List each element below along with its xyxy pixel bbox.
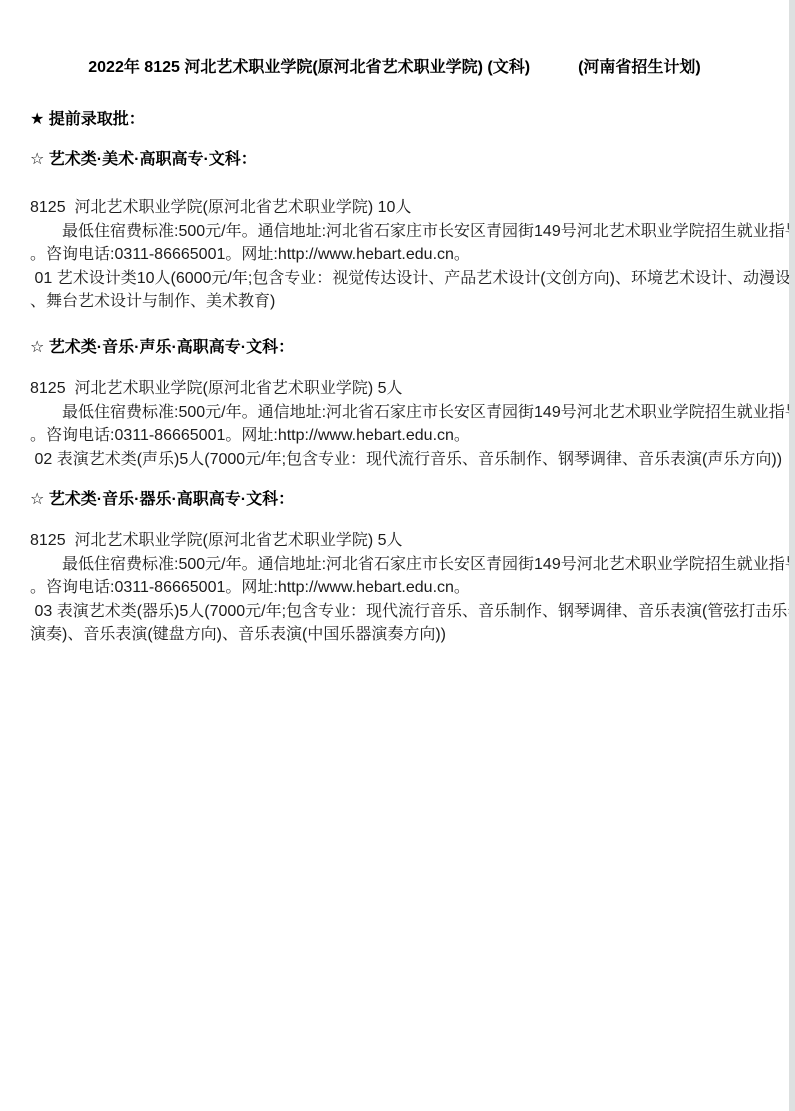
major-line: 03 表演艺术类(器乐)5人(7000元/年;包含专业：现代流行音乐、音乐制作、… bbox=[30, 600, 790, 624]
dorm-address-line: 最低住宿费标准:500元/年。通信地址:河北省石家庄市长安区青园街149号河北艺… bbox=[30, 553, 790, 577]
section-body-music-vocal: 8125 河北艺术职业学院(原河北省艺术职业学院) 5人 最低住宿费标准:500… bbox=[30, 377, 790, 471]
batch-heading: ★ 提前录取批： bbox=[30, 108, 145, 132]
major-line-cont: 、舞台艺术设计与制作、美术教育) bbox=[30, 290, 790, 314]
school-line: 8125 河北艺术职业学院(原河北省艺术职业学院) 10人 bbox=[30, 196, 790, 220]
phone-website-line: 。咨询电话:0311-86665001。网址:http://www.hebart… bbox=[30, 424, 790, 448]
major-line: 01 艺术设计类10人(6000元/年;包含专业：视觉传达设计、产品艺术设计(文… bbox=[30, 267, 790, 291]
school-line: 8125 河北艺术职业学院(原河北省艺术职业学院) 5人 bbox=[30, 377, 790, 401]
section-heading-music-vocal: ☆ 艺术类·音乐·声乐·高职高专·文科： bbox=[30, 336, 294, 360]
phone-website-line: 。咨询电话:0311-86665001。网址:http://www.hebart… bbox=[30, 243, 790, 267]
document-page: 2022年 8125 河北艺术职业学院(原河北省艺术职业学院) (文科) (河南… bbox=[0, 0, 795, 1111]
dorm-address-line: 最低住宿费标准:500元/年。通信地址:河北省石家庄市长安区青园街149号河北艺… bbox=[30, 220, 790, 244]
major-line-cont: 演奏)、音乐表演(键盘方向)、音乐表演(中国乐器演奏方向)) bbox=[30, 623, 790, 647]
section-body-music-instrumental: 8125 河北艺术职业学院(原河北省艺术职业学院) 5人 最低住宿费标准:500… bbox=[30, 529, 790, 647]
section-body-art-fine-arts: 8125 河北艺术职业学院(原河北省艺术职业学院) 10人 最低住宿费标准:50… bbox=[30, 196, 790, 314]
major-line: 02 表演艺术类(声乐)5人(7000元/年;包含专业：现代流行音乐、音乐制作、… bbox=[30, 448, 790, 472]
section-heading-music-instrumental: ☆ 艺术类·音乐·器乐·高职高专·文科： bbox=[30, 488, 294, 512]
phone-website-line: 。咨询电话:0311-86665001。网址:http://www.hebart… bbox=[30, 576, 790, 600]
page-edge-strip bbox=[789, 0, 795, 1111]
dorm-address-line: 最低住宿费标准:500元/年。通信地址:河北省石家庄市长安区青园街149号河北艺… bbox=[30, 401, 790, 425]
school-line: 8125 河北艺术职业学院(原河北省艺术职业学院) 5人 bbox=[30, 529, 790, 553]
page-title: 2022年 8125 河北艺术职业学院(原河北省艺术职业学院) (文科) (河南… bbox=[0, 56, 789, 80]
section-heading-art-fine-arts: ☆ 艺术类·美术·高职高专·文科： bbox=[30, 148, 257, 172]
